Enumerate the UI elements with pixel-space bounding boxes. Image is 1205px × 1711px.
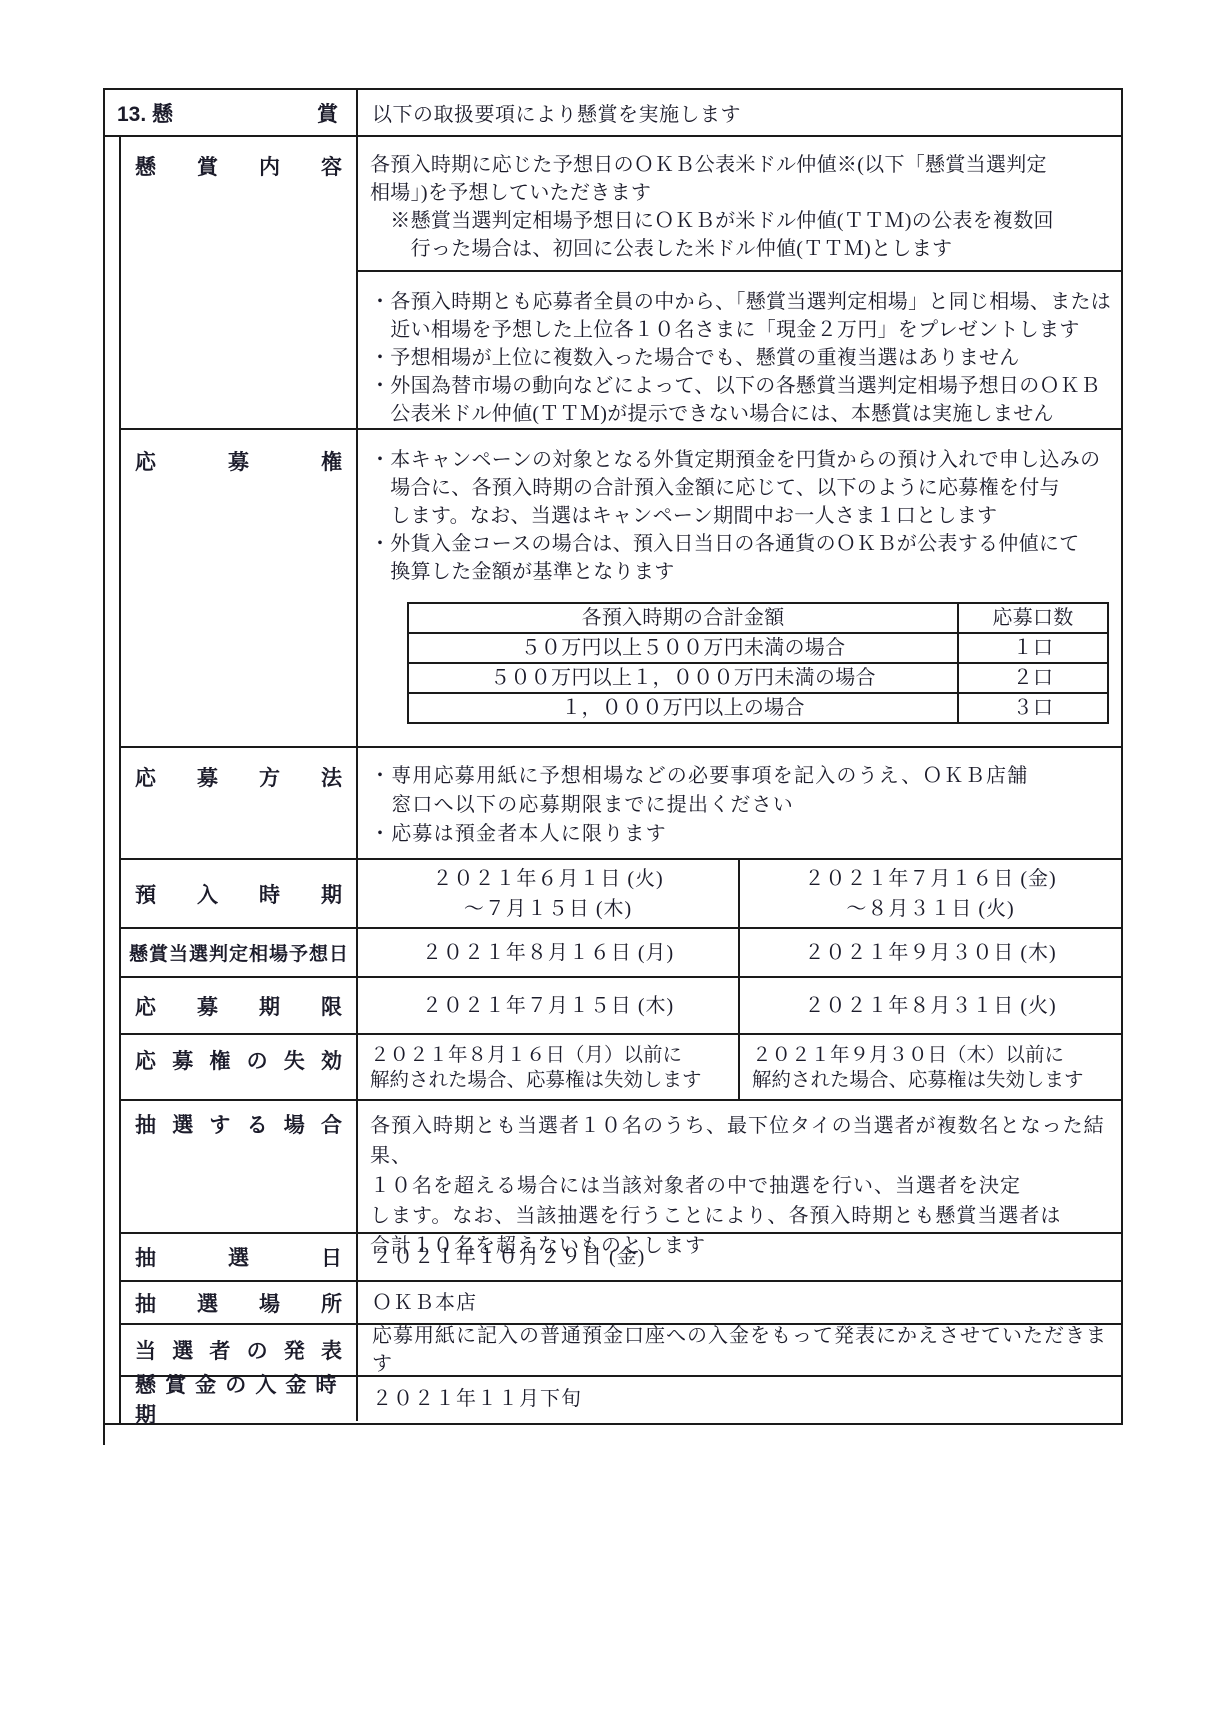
table-row: １，０００万円以上の場合 ３口: [408, 693, 1108, 723]
lottery-place-label-cell: 抽 選 場 所: [121, 1282, 358, 1323]
entry-invalidation-2: ２０２１年９月３０日（木）以前に 解約された場合、応募権は失効します: [740, 1035, 1121, 1099]
deposit-period-columns: ２０２１年６月１日 (火) ～７月１５日 (木) ２０２１年７月１６日 (金) …: [358, 860, 1121, 927]
judge-date-1: ２０２１年８月１６日 (月): [358, 929, 740, 976]
row-prize-content: 懸 賞 内 容 各預入時期に応じた予想日のＯＫＢ公表米ドル仲値※(以下「懸賞当選…: [121, 137, 1121, 430]
prize-content-label: 懸 賞 内 容: [135, 151, 342, 181]
deposit-period-label-cell: 預 入 時 期: [121, 860, 358, 927]
row-deposit-period: 預 入 時 期 ２０２１年６月１日 (火) ～７月１５日 (木) ２０２１年７月…: [121, 860, 1121, 929]
lottery-date-label-cell: 抽 選 日: [121, 1234, 358, 1280]
lottery-place-text: ＯＫＢ本店: [358, 1282, 1121, 1323]
entry-method-label-cell: 応 募 方 法: [121, 748, 358, 858]
judge-date-label-cell: 懸賞当選判定相場予想日: [121, 929, 358, 976]
row-entry-right: 応 募 権 ・本キャンペーンの対象となる外貨定期預金を円貨からの預け入れで申し込…: [121, 430, 1121, 748]
prize-content-block2: ・各預入時期とも応募者全員の中から、「懸賞当選判定相場」と同じ相場、または 近い…: [358, 272, 1121, 428]
entry-right-cell: ・本キャンペーンの対象となる外貨定期預金を円貨からの預け入れで申し込みの 場合に…: [358, 430, 1121, 746]
judge-date-2: ２０２１年９月３０日 (木): [740, 929, 1121, 976]
row-lottery-case: 抽 選 す る 場 合 各預入時期とも当選者１０名のうち、最下位タイの当選者が複…: [121, 1101, 1121, 1234]
entry-right-text: ・本キャンペーンの対象となる外貨定期預金を円貨からの預け入れで申し込みの 場合に…: [370, 446, 1115, 586]
entry-deadline-label: 応 募 期 限: [135, 991, 342, 1021]
nested-table: 懸 賞 内 容 各預入時期に応じた予想日のＯＫＢ公表米ドル仲値※(以下「懸賞当選…: [119, 137, 1121, 1423]
judge-date-columns: ２０２１年８月１６日 (月) ２０２１年９月３０日 (木): [358, 929, 1121, 976]
judge-date-label: 懸賞当選判定相場予想日: [129, 939, 348, 966]
table-row: ５０万円以上５００万円未満の場合 １口: [408, 633, 1108, 663]
row-sweepstakes-title: 13. 懸 賞 以下の取扱要項により懸賞を実施します: [105, 90, 1121, 137]
table-row: ５００万円以上１，０００万円未満の場合 ２口: [408, 663, 1108, 693]
winner-announcement-text: 応募用紙に記入の普通預金口座への入金をもって発表にかえさせていただきます: [358, 1325, 1121, 1375]
title-label-cell: 13. 懸 賞: [105, 90, 358, 135]
row-entry-method: 応 募 方 法 ・専用応募用紙に予想相場などの必要事項を記入のうえ、ＯＫＢ店舗 …: [121, 748, 1121, 860]
row-judge-date: 懸賞当選判定相場予想日 ２０２１年８月１６日 (月) ２０２１年９月３０日 (木…: [121, 929, 1121, 978]
title-label-suffix: 賞: [317, 98, 338, 128]
entry-units-header-amount: 各預入時期の合計金額: [408, 603, 958, 633]
row-prize-payment: 懸賞金の入金時期 ２０２１年１１月下旬: [121, 1377, 1121, 1421]
prize-payment-text: ２０２１年１１月下旬: [358, 1377, 1121, 1421]
sweepstakes-table: 13. 懸 賞 以下の取扱要項により懸賞を実施します 懸 賞 内 容 各預入時期…: [103, 88, 1123, 1425]
lottery-place-label: 抽 選 場 所: [135, 1288, 342, 1318]
entry-method-label: 応 募 方 法: [135, 762, 342, 792]
winner-announcement-label: 当 選 者 の 発 表: [135, 1335, 342, 1365]
lottery-case-text: 各預入時期とも当選者１０名のうち、最下位タイの当選者が複数名となった結果、 １０…: [358, 1101, 1121, 1232]
document-page: 13. 懸 賞 以下の取扱要項により懸賞を実施します 懸 賞 内 容 各預入時期…: [0, 0, 1205, 1711]
row-entry-deadline: 応 募 期 限 ２０２１年７月１５日 (木) ２０２１年８月３１日 (火): [121, 978, 1121, 1035]
deposit-period-label: 預 入 時 期: [135, 879, 342, 909]
prize-content-cell: 各預入時期に応じた予想日のＯＫＢ公表米ドル仲値※(以下「懸賞当選判定 相場」)を…: [358, 137, 1121, 428]
entry-deadline-1: ２０２１年７月１５日 (木): [358, 978, 740, 1033]
lottery-date-label: 抽 選 日: [135, 1242, 342, 1272]
entry-deadline-columns: ２０２１年７月１５日 (木) ２０２１年８月３１日 (火): [358, 978, 1121, 1033]
deposit-period-2: ２０２１年７月１６日 (金) ～８月３１日 (火): [740, 860, 1121, 927]
prize-content-label-cell: 懸 賞 内 容: [121, 137, 358, 428]
entry-deadline-2: ２０２１年８月３１日 (火): [740, 978, 1121, 1033]
title-content: 以下の取扱要項により懸賞を実施します: [358, 90, 1121, 135]
row-entry-invalidation: 応 募 権 の 失 効 ２０２１年８月１６日（月）以前に 解約された場合、応募権…: [121, 1035, 1121, 1101]
outer-border-stub: [103, 1423, 105, 1445]
units-tier-3: ３口: [958, 693, 1108, 723]
entry-units-table: 各預入時期の合計金額 応募口数 ５０万円以上５００万円未満の場合 １口 ５００万…: [407, 602, 1109, 724]
prize-payment-label-cell: 懸賞金の入金時期: [121, 1377, 358, 1421]
entry-method-text: ・専用応募用紙に予想相場などの必要事項を記入のうえ、ＯＫＢ店舗 窓口へ以下の応募…: [358, 748, 1121, 858]
winner-announcement-label-cell: 当 選 者 の 発 表: [121, 1325, 358, 1375]
prize-content-block1: 各預入時期に応じた予想日のＯＫＢ公表米ドル仲値※(以下「懸賞当選判定 相場」)を…: [358, 137, 1121, 272]
units-tier-2: ２口: [958, 663, 1108, 693]
title-label-prefix: 13. 懸: [117, 98, 173, 128]
entry-invalidation-columns: ２０２１年８月１６日（月）以前に 解約された場合、応募権は失効します ２０２１年…: [358, 1035, 1121, 1099]
amount-tier-1: ５０万円以上５００万円未満の場合: [408, 633, 958, 663]
lottery-case-label: 抽 選 す る 場 合: [135, 1109, 342, 1139]
entry-right-label: 応 募 権: [135, 446, 342, 476]
entry-units-header-units: 応募口数: [958, 603, 1108, 633]
entry-invalidation-label: 応 募 権 の 失 効: [135, 1045, 342, 1075]
table-row: 各預入時期の合計金額 応募口数: [408, 603, 1108, 633]
row-lottery-place: 抽 選 場 所 ＯＫＢ本店: [121, 1282, 1121, 1325]
amount-tier-2: ５００万円以上１，０００万円未満の場合: [408, 663, 958, 693]
entry-invalidation-1: ２０２１年８月１６日（月）以前に 解約された場合、応募権は失効します: [358, 1035, 740, 1099]
deposit-period-1: ２０２１年６月１日 (火) ～７月１５日 (木): [358, 860, 740, 927]
lottery-date-text: ２０２１年１０月２９日 (金): [358, 1234, 1121, 1280]
entry-invalidation-label-cell: 応 募 権 の 失 効: [121, 1035, 358, 1099]
entry-deadline-label-cell: 応 募 期 限: [121, 978, 358, 1033]
units-tier-1: １口: [958, 633, 1108, 663]
prize-payment-label: 懸賞金の入金時期: [135, 1369, 342, 1429]
row-lottery-date: 抽 選 日 ２０２１年１０月２９日 (金): [121, 1234, 1121, 1282]
lottery-case-label-cell: 抽 選 す る 場 合: [121, 1101, 358, 1232]
entry-right-label-cell: 応 募 権: [121, 430, 358, 746]
amount-tier-3: １，０００万円以上の場合: [408, 693, 958, 723]
